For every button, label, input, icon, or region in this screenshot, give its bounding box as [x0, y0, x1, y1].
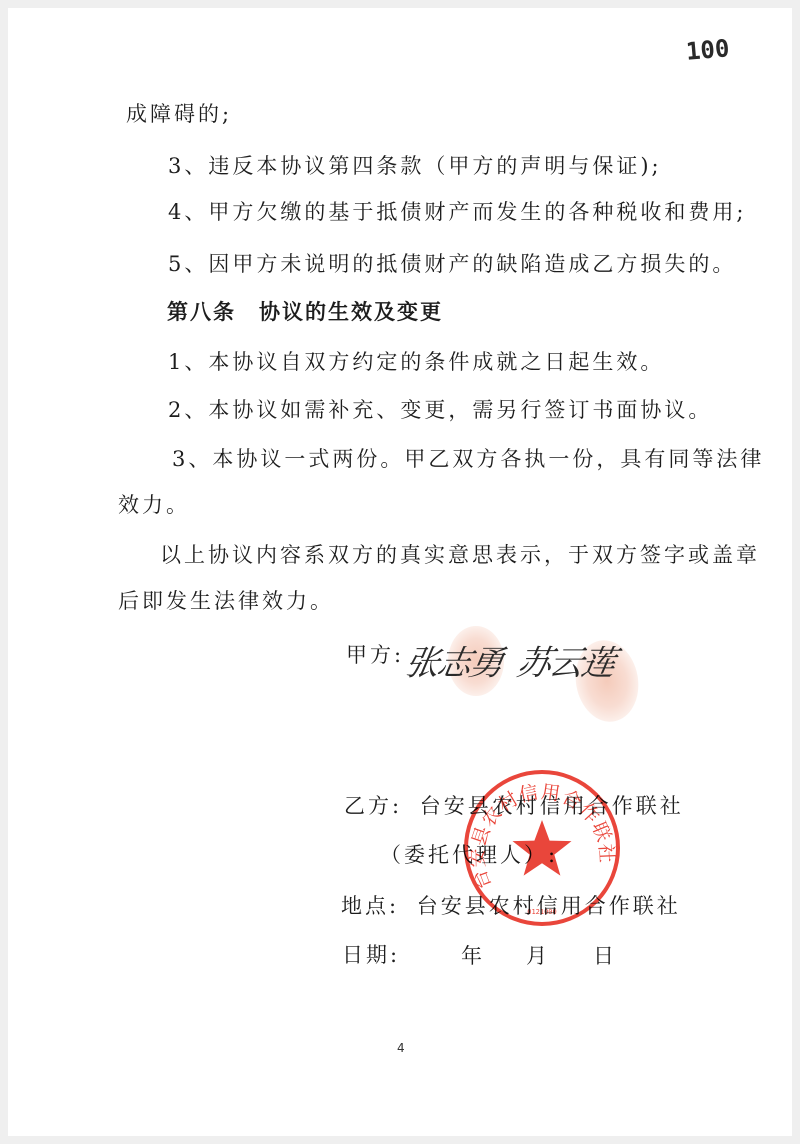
page-number: 4: [397, 1041, 405, 1055]
clause-item-4: 4、甲方欠缴的基于抵债财产而发生的各种税收和费用;: [168, 199, 746, 225]
party-b-label: 乙方:: [344, 794, 402, 818]
closing-statement-cont: 后即发生法律效力。: [118, 588, 334, 614]
closing-statement: 以上协议内容系双方的真实意思表示，于双方签字或盖章: [160, 542, 760, 568]
article-8-item-3-cont: 效力。: [118, 492, 190, 518]
signature-party-a-1: 张志勇: [402, 636, 507, 685]
location-label: 地点:: [341, 894, 399, 918]
clause-item-3: 3、违反本协议第四条款（甲方的声明与保证);: [168, 153, 662, 179]
official-seal-icon: 台安县农村信用合作联社 0121000: [462, 768, 622, 928]
paragraph-continuation: 成障碍的;: [126, 101, 232, 127]
article-8-item-3: 3、本协议一式两份。甲乙双方各执一份，具有同等法律: [172, 446, 764, 472]
document-page: 100 成障碍的; 3、违反本协议第四条款（甲方的声明与保证); 4、甲方欠缴的…: [8, 8, 792, 1136]
date-day-label: 日: [593, 940, 614, 970]
article-8-item-2: 2、本协议如需补充、变更，需另行签订书面协议。: [168, 397, 712, 423]
signature-party-a-2: 苏云莲: [514, 636, 619, 685]
svg-text:0121000: 0121000: [527, 908, 557, 916]
party-a-label: 甲方:: [346, 642, 404, 668]
clause-item-5: 5、因甲方未说明的抵债财产的缺陷造成乙方损失的。: [168, 251, 736, 277]
date-label: 日期:: [342, 942, 400, 968]
date-month-label: 月: [526, 940, 547, 970]
article-8-item-1: 1、本协议自双方约定的条件成就之日起生效。: [168, 349, 664, 375]
date-year-label: 年: [461, 940, 482, 970]
section-heading-article-8: 第八条 协议的生效及变更: [167, 299, 443, 325]
archive-number: 100: [685, 34, 731, 66]
